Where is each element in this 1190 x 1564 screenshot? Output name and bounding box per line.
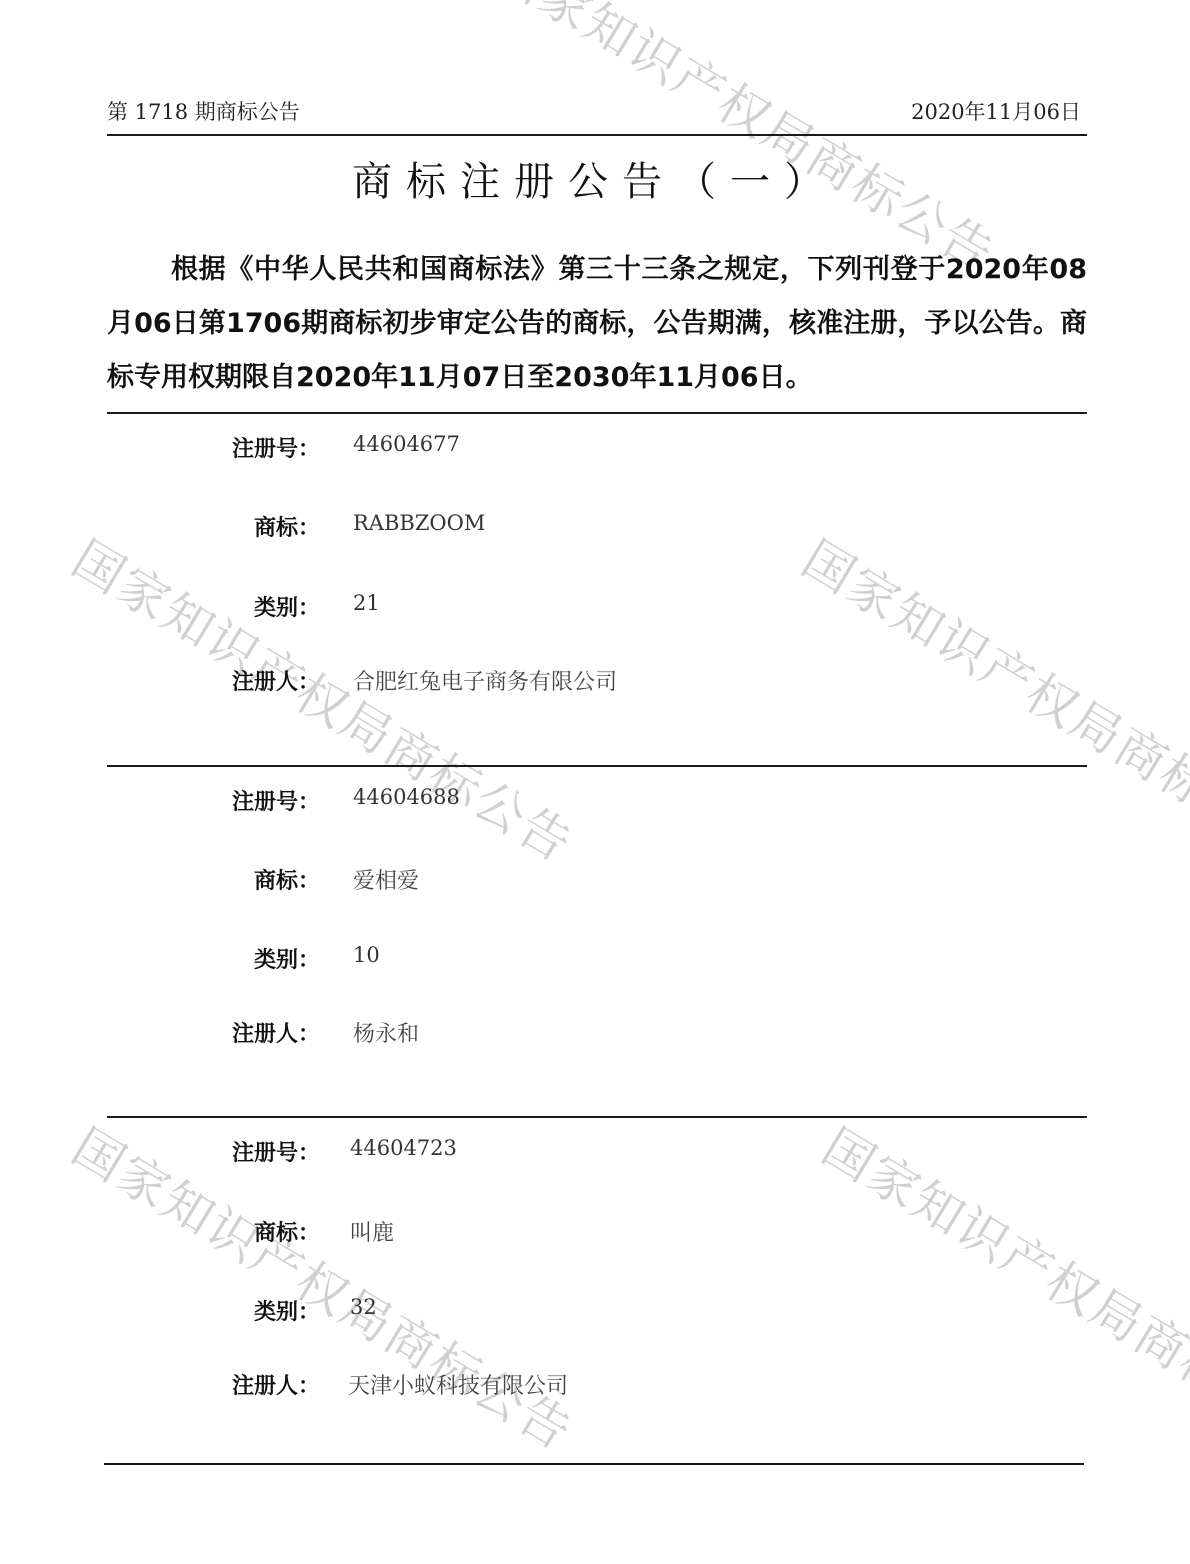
reg-no-label: 注册号： — [232, 1136, 320, 1167]
field-reg-no: 注册号： 44604688 — [0, 785, 1190, 817]
field-registrant: 注册人： 天津小蚁科技有限公司 — [0, 1369, 1190, 1401]
page-header: 第 1718 期商标公告 2020年11月06日 — [107, 96, 1085, 128]
issue-number: 第 1718 期商标公告 — [107, 96, 300, 126]
class-label: 类别： — [254, 1295, 320, 1326]
mark-value: 叫鹿 — [350, 1216, 394, 1247]
field-registrant: 注册人： 杨永和 — [0, 1017, 1190, 1049]
registrant-value: 天津小蚁科技有限公司 — [348, 1369, 568, 1400]
class-label: 类别： — [254, 943, 320, 974]
class-value: 21 — [353, 591, 380, 615]
registrant-label: 注册人： — [232, 1369, 320, 1400]
field-mark: 商标： 爱相爱 — [0, 864, 1190, 896]
field-class: 类别： 10 — [0, 943, 1190, 975]
field-reg-no: 注册号： 44604677 — [0, 432, 1190, 464]
registrant-value: 合肥红兔电子商务有限公司 — [353, 665, 617, 696]
reg-no-value: 44604723 — [350, 1136, 457, 1160]
header-divider — [107, 134, 1087, 136]
field-class: 类别： 32 — [0, 1295, 1190, 1327]
entry-divider — [107, 765, 1087, 767]
class-value: 32 — [350, 1295, 377, 1319]
registrant-value: 杨永和 — [353, 1017, 419, 1048]
page-title: 商标注册公告（一） — [0, 150, 1190, 207]
mark-label: 商标： — [254, 1216, 320, 1247]
field-mark: 商标： RABBZOOM — [0, 511, 1190, 543]
reg-no-value: 44604677 — [353, 432, 460, 456]
mark-value: RABBZOOM — [353, 511, 485, 535]
intro-paragraph: 根据《中华人民共和国商标法》第三十三条之规定，下列刊登于2020年08月06日第… — [107, 243, 1087, 405]
class-value: 10 — [353, 943, 380, 967]
mark-value: 爱相爱 — [353, 864, 419, 895]
field-registrant: 注册人： 合肥红兔电子商务有限公司 — [0, 665, 1190, 697]
watermark-middle-right: 国家知识产权局商标公告 — [791, 520, 1190, 876]
mark-label: 商标： — [254, 511, 320, 542]
reg-no-value: 44604688 — [353, 785, 460, 809]
watermark-middle-left: 国家知识产权局商标公告 — [61, 520, 588, 876]
field-class: 类别： 21 — [0, 591, 1190, 623]
footer-divider — [104, 1463, 1084, 1465]
reg-no-label: 注册号： — [232, 785, 320, 816]
registrant-label: 注册人： — [232, 665, 320, 696]
registrant-label: 注册人： — [232, 1017, 320, 1048]
entry-divider — [107, 1116, 1087, 1118]
field-mark: 商标： 叫鹿 — [0, 1216, 1190, 1248]
issue-date: 2020年11月06日 — [911, 96, 1081, 126]
class-label: 类别： — [254, 591, 320, 622]
reg-no-label: 注册号： — [232, 432, 320, 463]
mark-label: 商标： — [254, 864, 320, 895]
section-divider — [107, 412, 1087, 414]
field-reg-no: 注册号： 44604723 — [0, 1136, 1190, 1168]
